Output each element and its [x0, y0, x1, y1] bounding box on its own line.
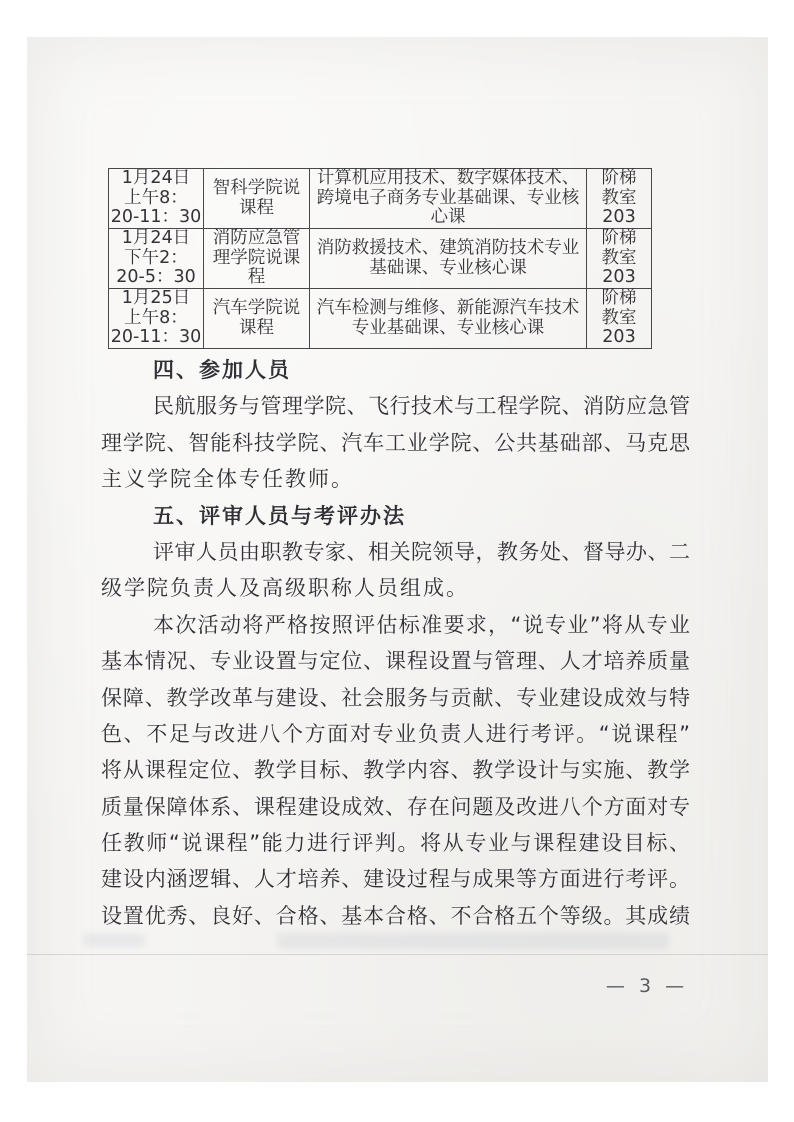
body-line: 理学院、智能科技学院、汽车工业学院、公共基础部、马克思: [101, 425, 690, 461]
body-line: 主义学院全体专任教师。: [101, 461, 690, 497]
cell-room: 阶梯 教室 203: [587, 229, 652, 289]
cell-time: 1月24日 下午2： 20-5：30: [109, 229, 204, 289]
table-row: 1月25日 上午8： 20-11：30 汽车学院说 课程 汽车检测与维修、新能源…: [109, 289, 652, 349]
body-line: 任教师“说课程”能力进行评判。将从专业与课程建设目标、: [101, 825, 690, 861]
body-line: 民航服务与管理学院、飞行技术与工程学院、消防应急管: [101, 388, 690, 424]
cell-room: 阶梯 教室 203: [587, 289, 652, 349]
table-row: 1月24日 上午8： 20-11：30 智科学院说 课程 计算机应用技术、数字媒…: [109, 169, 652, 229]
bleedthrough-smudge: [83, 934, 145, 947]
cell-unit: 消防应急管 理学院说课 程: [204, 229, 310, 289]
section-heading-evaluation: 五、评审人员与考评办法: [101, 498, 690, 534]
cell-time: 1月25日 上午8： 20-11：30: [109, 289, 204, 349]
document-body: 四、参加人员 民航服务与管理学院、飞行技术与工程学院、消防应急管 理学院、智能科…: [101, 352, 690, 934]
bleedthrough-smudge: [277, 933, 669, 949]
page-number: — 3 —: [567, 975, 727, 997]
body-line: 建设内涵逻辑、人才培养、建设过程与成果等方面进行考评。: [101, 861, 690, 897]
cell-room: 阶梯 教室 203: [587, 169, 652, 229]
body-line: 将从课程定位、教学目标、教学内容、教学设计与实施、教学: [101, 752, 690, 788]
body-line: 评审人员由职教专家、相关院领导，教务处、督导办、二: [101, 534, 690, 570]
scanned-page: 1月24日 上午8： 20-11：30 智科学院说 课程 计算机应用技术、数字媒…: [27, 37, 768, 1082]
body-line: 设置优秀、良好、合格、基本合格、不合格五个等级。其成绩: [101, 898, 690, 934]
cell-courses: 汽车检测与维修、新能源汽车技术 专业基础课、专业核心课: [310, 289, 587, 349]
cell-courses: 计算机应用技术、数字媒体技术、 跨境电子商务专业基础课、专业核 心课: [310, 169, 587, 229]
section-heading-participants: 四、参加人员: [101, 352, 690, 388]
cell-courses: 消防救援技术、建筑消防技术专业 基础课、专业核心课: [310, 229, 587, 289]
paper-crease: [27, 954, 768, 955]
schedule-table: 1月24日 上午8： 20-11：30 智科学院说 课程 计算机应用技术、数字媒…: [108, 168, 652, 349]
body-line: 保障、教学改革与建设、社会服务与贡献、专业建设成效与特: [101, 680, 690, 716]
body-line: 色、不足与改进八个方面对专业负责人进行考评。“说课程”: [101, 716, 690, 752]
table-row: 1月24日 下午2： 20-5：30 消防应急管 理学院说课 程 消防救援技术、…: [109, 229, 652, 289]
body-line: 质量保障体系、课程建设成效、存在问题及改进八个方面对专: [101, 789, 690, 825]
cell-unit: 汽车学院说 课程: [204, 289, 310, 349]
body-line: 本次活动将严格按照评估标准要求，“说专业”将从专业: [101, 607, 690, 643]
body-line: 基本情况、专业设置与定位、课程设置与管理、人才培养质量: [101, 643, 690, 679]
body-line: 级学院负责人及高级职称人员组成。: [101, 570, 690, 606]
cell-time: 1月24日 上午8： 20-11：30: [109, 169, 204, 229]
cell-unit: 智科学院说 课程: [204, 169, 310, 229]
